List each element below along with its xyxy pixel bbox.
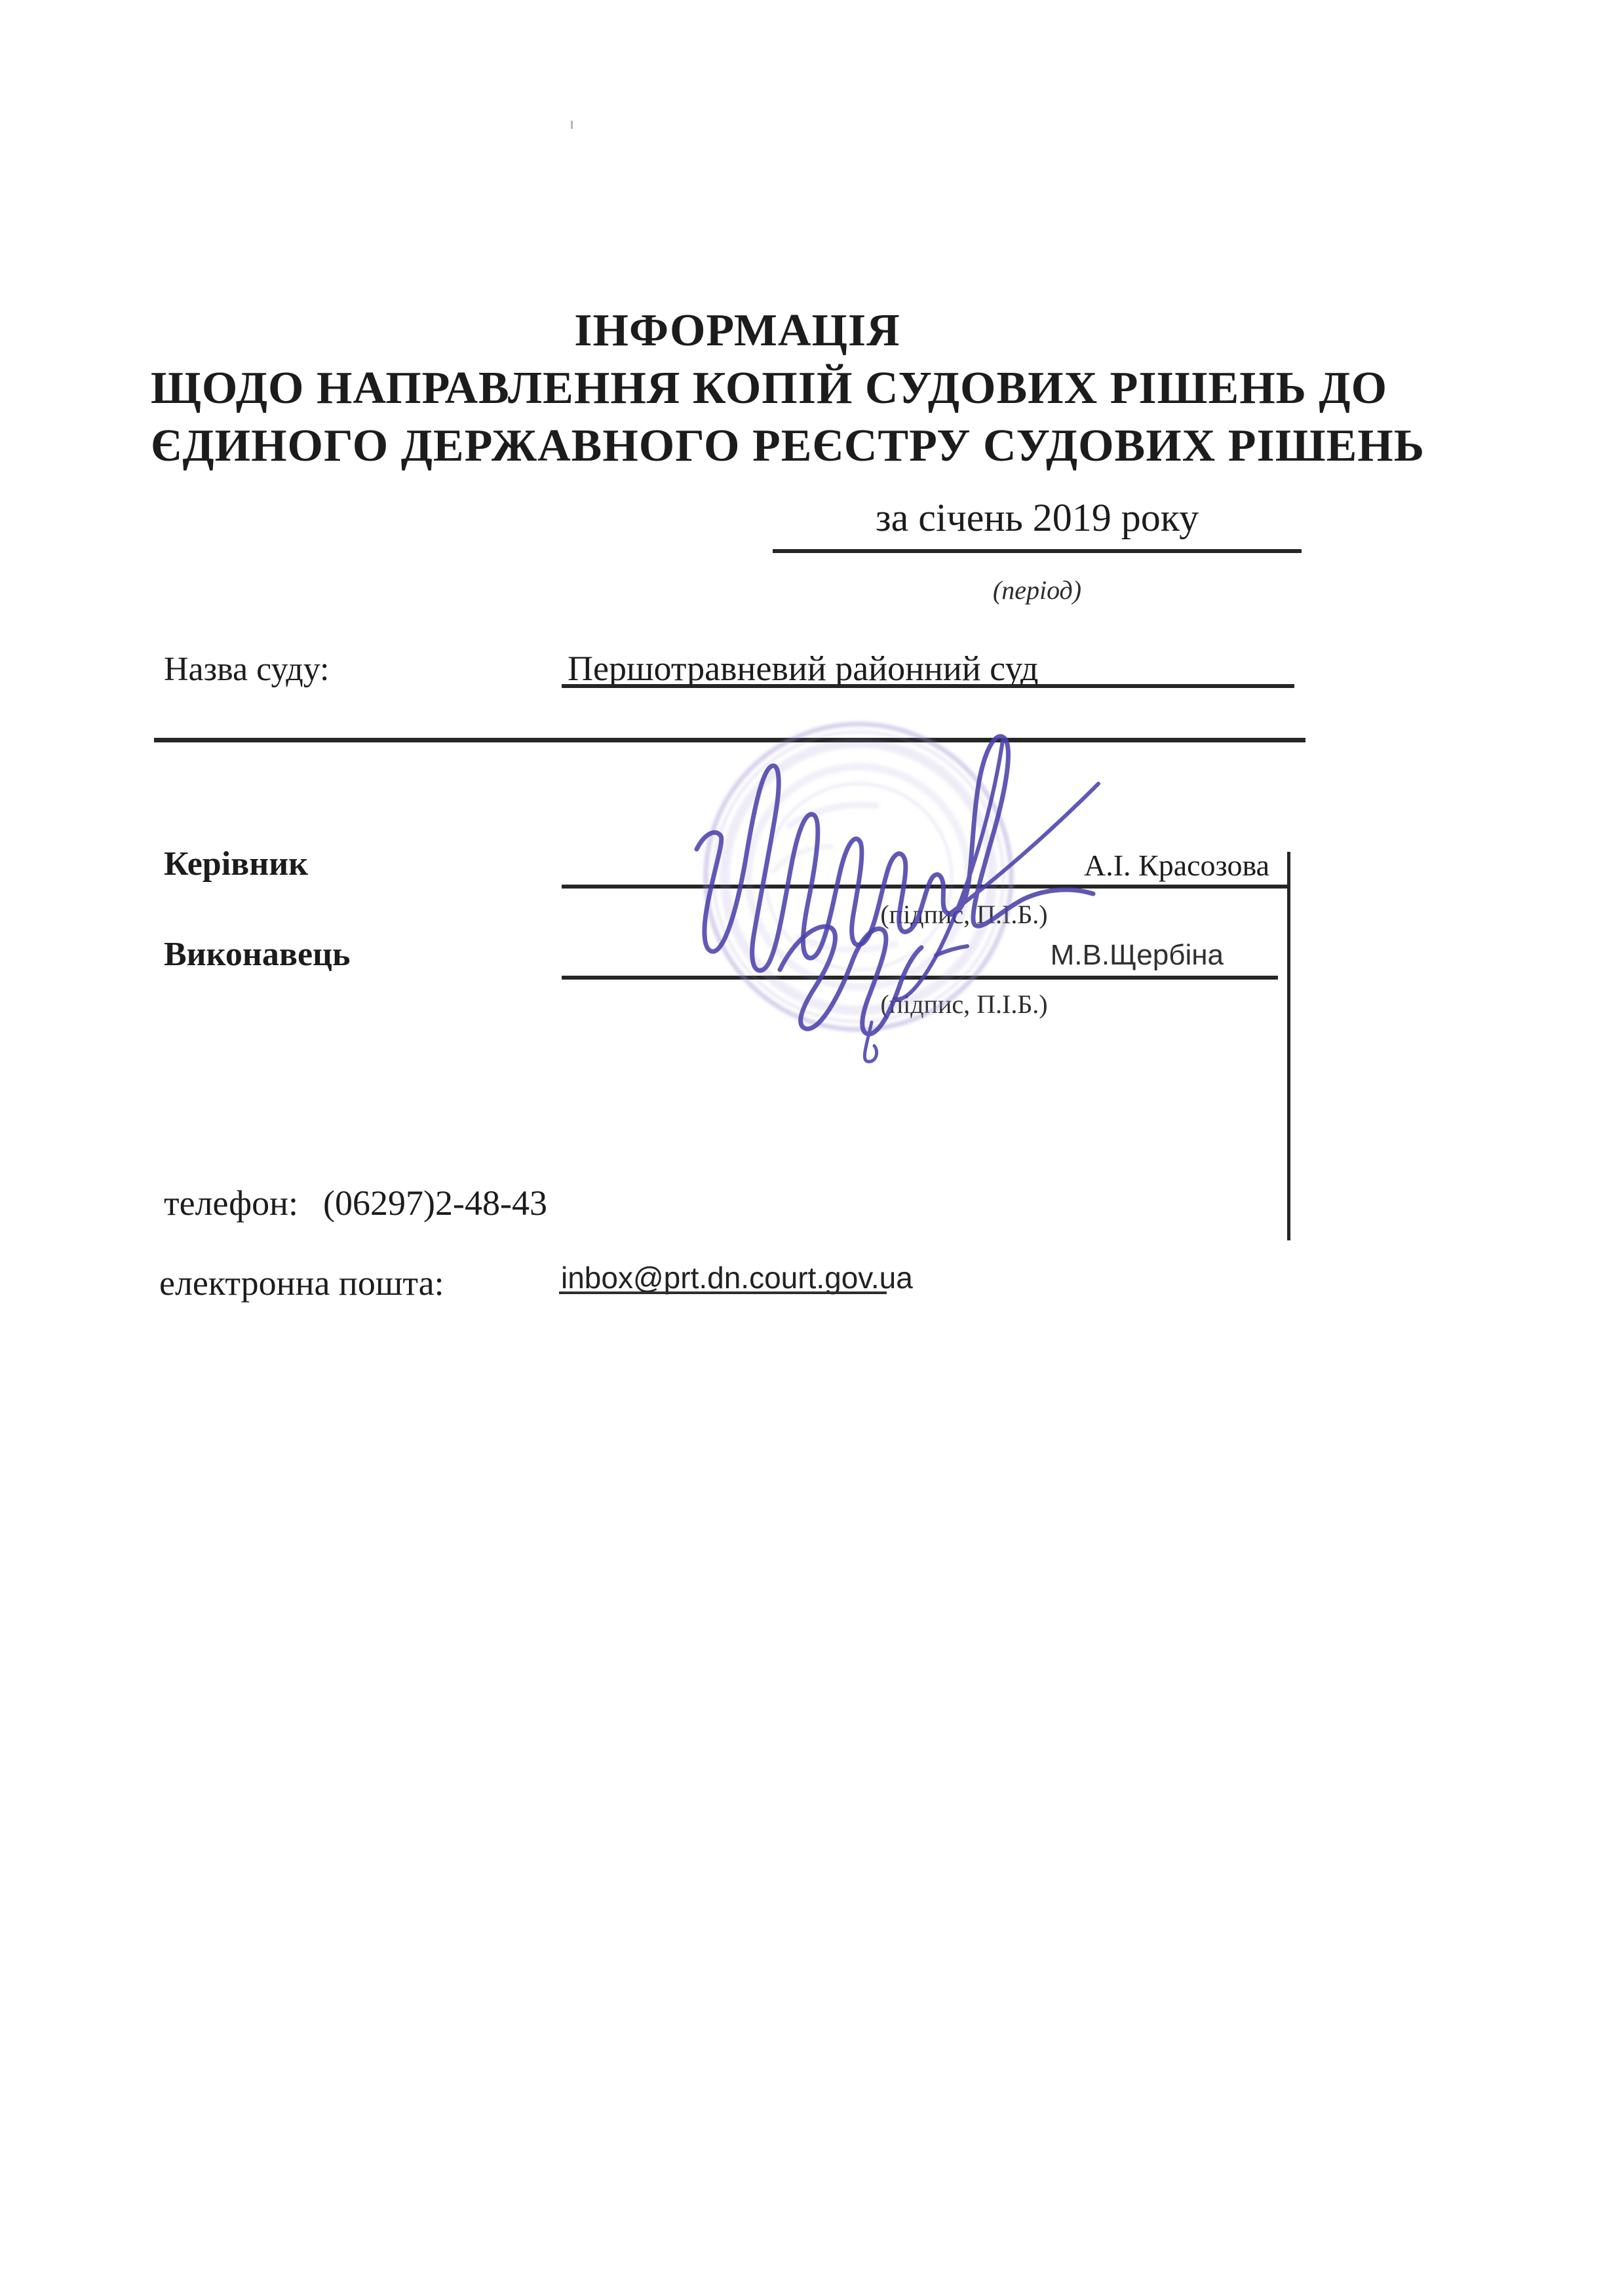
section-divider-rule: [154, 738, 1305, 742]
email-underline: [559, 1291, 887, 1294]
scan-artifact: [571, 121, 573, 129]
signature-caption-kerivnyk: (підпис, П.І.Б.): [833, 899, 1095, 930]
email-value: inbox@prt.dn.court.gov.ua: [561, 1260, 913, 1295]
period-value: за січень 2019 року: [773, 495, 1302, 541]
phone-value: (06297)2-48-43: [323, 1183, 547, 1223]
signatory-name-vykonavets: М.В.Щербіна: [918, 939, 1224, 972]
court-name-underline: [562, 684, 1294, 688]
signatory-role-kerivnyk: Керівник: [164, 845, 308, 883]
document-title: ІНФОРМАЦІЯ ЩОДО НАПРАВЛЕННЯ КОПІЙ СУДОВИ…: [151, 302, 1324, 475]
signature-line-kerivnyk: [562, 885, 1288, 889]
signatory-role-vykonavets: Виконавець: [164, 935, 351, 974]
court-name-label: Назва суду:: [164, 650, 329, 689]
document-title-line-2: ЩОДО НАПРАВЛЕННЯ КОПІЙ СУДОВИХ РІШЕНЬ ДО: [151, 360, 1324, 417]
signature-caption-vykonavets: (підпис, П.І.Б.): [833, 989, 1095, 1020]
phone-row: телефон:(06297)2-48-43: [164, 1183, 547, 1223]
signatory-name-kerivnyk: А.І. Красозова: [918, 848, 1269, 883]
document-title-line-3: ЄДИНОГО ДЕРЖАВНОГО РЕЄСТРУ СУДОВИХ РІШЕН…: [151, 417, 1324, 475]
email-label: електронна пошта:: [159, 1263, 444, 1303]
table-right-border-rule: [1287, 852, 1290, 1240]
signature-line-vykonavets: [562, 976, 1278, 980]
period-underline: [773, 549, 1302, 553]
period-caption: (період): [773, 575, 1302, 605]
scanned-court-report-page: ІНФОРМАЦІЯ ЩОДО НАПРАВЛЕННЯ КОПІЙ СУДОВИ…: [0, 0, 1624, 2296]
court-name-value: Першотравневий районний суд: [568, 648, 1039, 689]
document-title-line-1: ІНФОРМАЦІЯ: [151, 302, 1324, 360]
phone-label: телефон:: [164, 1183, 298, 1223]
